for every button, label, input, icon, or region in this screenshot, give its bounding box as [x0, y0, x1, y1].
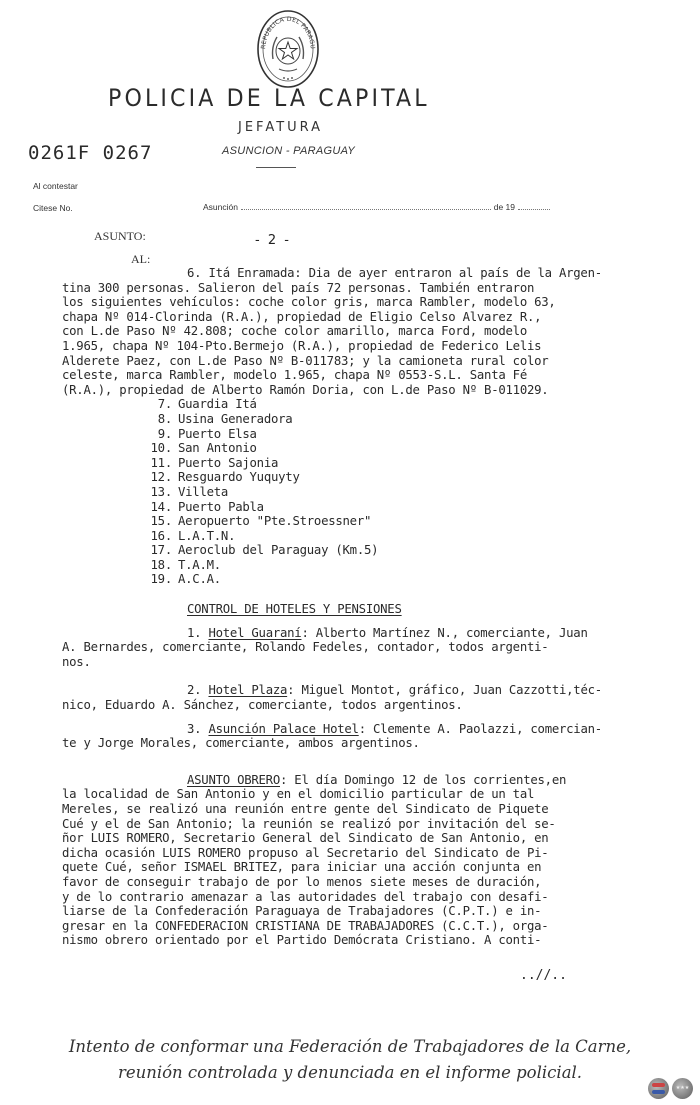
- al-contestar-label: Al contestar: [33, 181, 78, 191]
- svg-text:REPUBLICA DEL PARAGUAY: REPUBLICA DEL PARAGUAY: [255, 7, 316, 50]
- item-6-paragraph: 6. Itá Enramada: Dia de ayer entraron al…: [62, 266, 682, 397]
- asunto-label: ASUNTO:: [94, 229, 146, 244]
- text-line: Alderete Paez, con L.de Paso Nº B-011783…: [62, 354, 682, 369]
- text-line: favor de conseguir trabajo de por lo men…: [62, 875, 682, 890]
- posts-list: 7.Guardia Itá 8.Usina Generadora 9.Puert…: [62, 397, 682, 587]
- list-item: 7.Guardia Itá: [62, 397, 682, 412]
- text-line: gresar en la CONFEDERACION CRISTIANA DE …: [62, 919, 682, 934]
- text-line: tina 300 personas. Salieron del país 72 …: [62, 281, 682, 296]
- letterhead-title: POLICIA DE LA CAPITAL: [108, 84, 430, 112]
- hotel-name: Hotel Guaraní: [208, 626, 301, 640]
- hotels-section-heading: CONTROL DE HOTELES Y PENSIONES: [62, 602, 682, 617]
- list-item: 11.Puerto Sajonia: [62, 456, 682, 471]
- text-line: 6. Itá Enramada: Dia de ayer entraron al…: [62, 266, 682, 281]
- text-line: celeste, marca Rambler, modelo 1.965, ch…: [62, 368, 682, 383]
- text-line: Cué y el de San Antonio; la reunión se r…: [62, 817, 682, 832]
- text-line: los siguientes vehículos: coche color gr…: [62, 295, 682, 310]
- hotel-name: Asunción Palace Hotel: [208, 722, 358, 736]
- list-item: 9.Puerto Elsa: [62, 427, 682, 442]
- image-caption: Intento de conformar una Federación de T…: [0, 1034, 700, 1086]
- divider: [256, 167, 296, 168]
- asunto-obrero-paragraph: ASUNTO OBRERO: El día Domingo 12 de los …: [62, 773, 682, 948]
- asuncion-label: Asunción: [203, 202, 238, 212]
- year-blank-field: [518, 201, 550, 210]
- report-body: 6. Itá Enramada: Dia de ayer entraron al…: [62, 266, 682, 948]
- footer-icons: ★★★: [648, 1078, 693, 1099]
- text-line: nismo obrero orientado por el Partido De…: [62, 933, 682, 948]
- reference-number: 0261F 0267: [28, 142, 152, 164]
- list-item: 13.Villeta: [62, 485, 682, 500]
- letterhead-subtitle: JEFATURA: [238, 120, 323, 135]
- al-label: AL:: [131, 252, 150, 267]
- date-blank-field: [241, 201, 491, 210]
- text-line: (R.A.), propiedad de Alberto Ramón Doria…: [62, 383, 682, 398]
- page-number: - 2 -: [255, 233, 291, 248]
- text-line: la localidad de San Antonio y en el domi…: [62, 787, 682, 802]
- list-item: 16.L.A.T.N.: [62, 529, 682, 544]
- text-line: quete Cué, señor ISMAEL BRITEZ, para ini…: [62, 860, 682, 875]
- caption-line: reunión controlada y denunciada en el in…: [0, 1060, 700, 1086]
- document-page: REPUBLICA DEL PARAGUAY POLICIA DE LA CAP…: [0, 0, 700, 1105]
- caption-line: Intento de conformar una Federación de T…: [0, 1034, 700, 1060]
- list-item: 18.T.A.M.: [62, 558, 682, 573]
- list-item: 19.A.C.A.: [62, 572, 682, 587]
- asunto-obrero-heading: ASUNTO OBRERO: [187, 773, 280, 787]
- citese-label: Citese No.: [33, 203, 73, 213]
- text-line: A. Bernardes, comerciante, Rolando Fedel…: [62, 640, 682, 655]
- text-line: y de lo contrario amenazar a las autorid…: [62, 890, 682, 905]
- list-item: 17.Aeroclub del Paraguay (Km.5): [62, 543, 682, 558]
- hotel-entry: 2. Hotel Plaza: Miguel Montot, gráfico, …: [62, 683, 682, 712]
- list-item: 15.Aeropuerto "Pte.Stroessner": [62, 514, 682, 529]
- three-stars-coin-icon[interactable]: ★★★: [672, 1078, 693, 1099]
- list-item: 14.Puerto Pabla: [62, 500, 682, 515]
- hotel-name: Hotel Plaza: [208, 683, 287, 697]
- list-item: 10.San Antonio: [62, 441, 682, 456]
- paraguay-flag-coin-icon[interactable]: [648, 1078, 669, 1099]
- text-line: nos.: [62, 655, 682, 670]
- hotel-entry: 1. Hotel Guaraní: Alberto Martínez N., c…: [62, 626, 682, 670]
- continuation-mark: ..//..: [520, 968, 567, 983]
- text-line: ñor LUIS ROMERO, Secretario General del …: [62, 831, 682, 846]
- coat-of-arms-seal-icon: REPUBLICA DEL PARAGUAY: [255, 7, 321, 95]
- text-line: 1.965, chapa Nº 104-Pto.Bermejo (R.A.), …: [62, 339, 682, 354]
- text-line: liarse de la Confederación Paraguaya de …: [62, 904, 682, 919]
- list-item: 12.Resguardo Yuquyty: [62, 470, 682, 485]
- text-line: dicha ocasión LUIS ROMERO propuso al Sec…: [62, 846, 682, 861]
- year-label: de 19: [494, 202, 515, 212]
- date-line: Asunción de 19: [203, 201, 553, 212]
- text-line: Mereles, se realizó una reunión entre ge…: [62, 802, 682, 817]
- text-line: nico, Eduardo A. Sánchez, comerciante, t…: [62, 698, 682, 713]
- text-line: te y Jorge Morales, comerciante, ambos a…: [62, 736, 682, 751]
- text-line: con L.de Paso Nº 42.808; coche color ama…: [62, 324, 682, 339]
- letterhead-city: ASUNCION - PARAGUAY: [222, 145, 355, 157]
- list-item: 8.Usina Generadora: [62, 412, 682, 427]
- text-line: chapa Nº 014-Clorinda (R.A.), propiedad …: [62, 310, 682, 325]
- hotel-entry: 3. Asunción Palace Hotel: Clemente A. Pa…: [62, 722, 682, 751]
